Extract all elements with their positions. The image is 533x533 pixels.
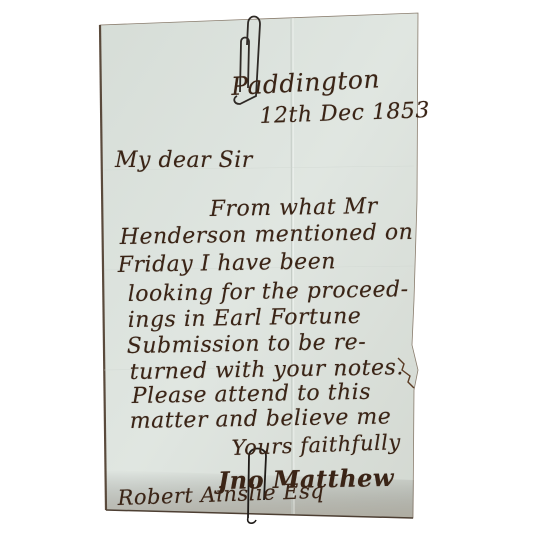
body-line: Henderson mentioned on [120, 220, 414, 250]
body-line: From what Mr [210, 194, 378, 222]
body-line: ings in Earl Fortune [128, 304, 362, 333]
body-line: looking for the proceed- [128, 277, 409, 307]
body-line: Submission to be re- [127, 330, 367, 359]
body-line: matter and believe me [130, 404, 392, 434]
photo-stage: Paddington 12th Dec 1853 My dear Sir Fro… [0, 0, 533, 533]
body-line: Friday I have been [118, 249, 337, 278]
letter-salutation: My dear Sir [115, 148, 253, 173]
